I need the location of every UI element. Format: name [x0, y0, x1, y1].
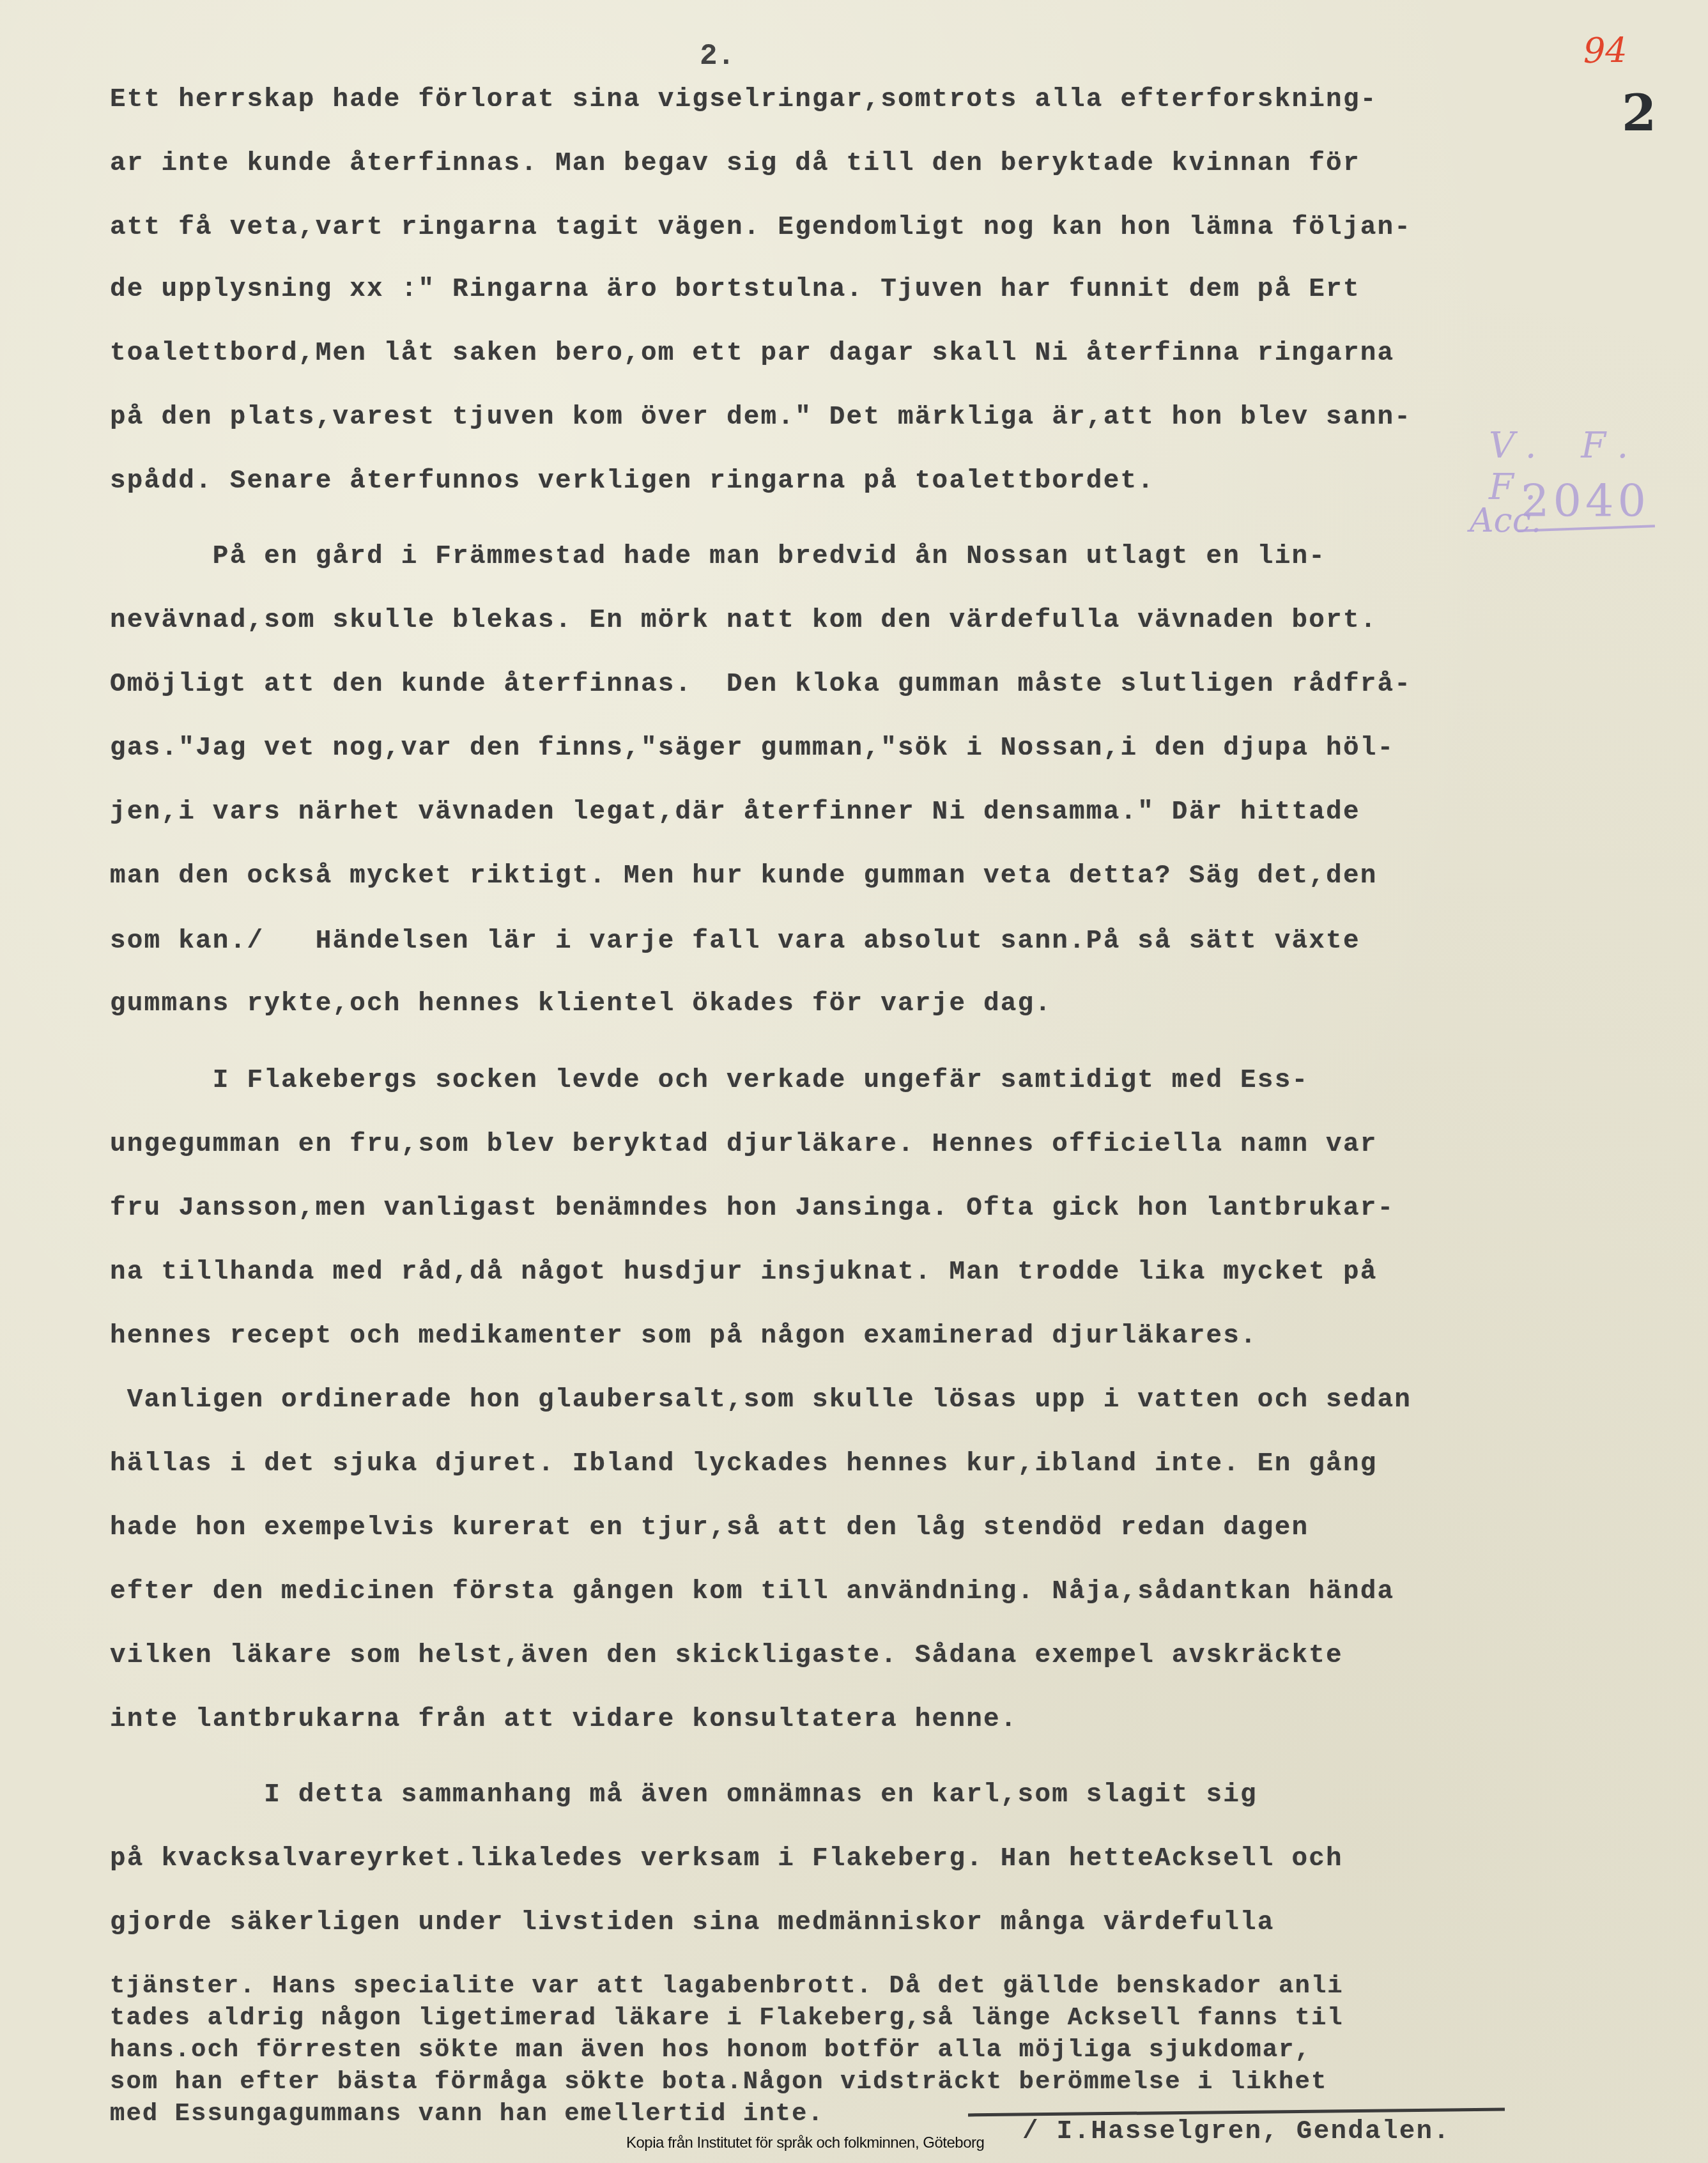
text-line: hans.och förresten sökte man även hos ho… — [110, 2036, 1311, 2064]
footer-watermark: Kopia från Institutet för språk och folk… — [626, 2134, 984, 2152]
text-line: efter den medicinen första gången kom ti… — [110, 1577, 1394, 1606]
text-line: gjorde säkerligen under livstiden sina m… — [110, 1908, 1275, 1937]
author-signature: / I.Hasselgren, Gendalen. — [1022, 2117, 1450, 2146]
text-line: som kan./ Händelsen lär i varje fall var… — [110, 927, 1360, 956]
text-line: Omöjligt att den kunde återfinnas. Den k… — [110, 670, 1412, 699]
typed-page-number: 2. — [700, 40, 735, 73]
text-line: tades aldrig någon ligetimerad läkare i … — [110, 2004, 1344, 2032]
text-line: Ett herrskap hade förlorat sina vigselri… — [110, 85, 1378, 114]
text-line: I detta sammanhang må även omnämnas en k… — [110, 1780, 1258, 1810]
text-line: inte lantbrukarna från att vidare konsul… — [110, 1705, 1018, 1734]
text-line: gummans rykte,och hennes klientel ökades… — [110, 989, 1052, 1019]
text-line: som han efter bästa förmåga sökte bota.N… — [110, 2068, 1327, 2096]
text-line: hennes recept och medikamenter som på nå… — [110, 1321, 1258, 1351]
text-line: gas."Jag vet nog,var den finns,"säger gu… — [110, 734, 1394, 763]
text-line: I Flakebergs socken levde och verkade un… — [110, 1066, 1309, 1095]
text-line: nevävnad,som skulle blekas. En mörk natt… — [110, 606, 1378, 635]
text-line: på den plats,varest tjuven kom över dem.… — [110, 403, 1412, 432]
text-line: de upplysning xx :" Ringarna äro bortstu… — [110, 275, 1360, 304]
text-line: På en gård i Främmestad hade man bredvid… — [110, 542, 1326, 571]
text-line: toalettbord,Men låt saken bero,om ett pa… — [110, 339, 1394, 368]
text-line: Vanligen ordinerade hon glaubersalt,som … — [110, 1385, 1412, 1415]
text-line: att få veta,vart ringarna tagit vägen. E… — [110, 213, 1412, 242]
text-line: na tillhanda med råd,då något husdjur in… — [110, 1258, 1378, 1287]
text-line: spådd. Senare återfunnos verkligen ringa… — [110, 466, 1155, 496]
text-line: man den också mycket riktigt. Men hur ku… — [110, 861, 1378, 891]
text-line: på kvacksalvareyrket.likaledes verksam i… — [110, 1844, 1343, 1874]
accession-stamp: V. F. F. 2040 Acc. — [1470, 425, 1700, 553]
text-line: ungegumman en fru,som blev beryktad djur… — [110, 1130, 1378, 1159]
text-line: hade hon exempelvis kurerat en tjur,så a… — [110, 1513, 1309, 1543]
text-line: jen,i vars närhet vävnaden legat,där åte… — [110, 797, 1360, 827]
stamped-page-number: 2 — [1622, 84, 1656, 142]
text-line: tjänster. Hans specialite var att lagabe… — [110, 1972, 1344, 2000]
text-line: ar inte kunde återfinnas. Man begav sig … — [110, 149, 1360, 178]
text-line: med Essungagummans vann han emellertid i… — [110, 2100, 824, 2128]
text-line: fru Jansson,men vanligast benämndes hon … — [110, 1194, 1394, 1223]
stamp-acc-label: Acc. — [1470, 502, 1541, 540]
text-line: vilken läkare som helst,även den skickli… — [110, 1641, 1343, 1670]
archive-number-handwritten: 94 — [1583, 31, 1627, 71]
text-line: hällas i det sjuka djuret. Ibland lyckad… — [110, 1449, 1378, 1479]
